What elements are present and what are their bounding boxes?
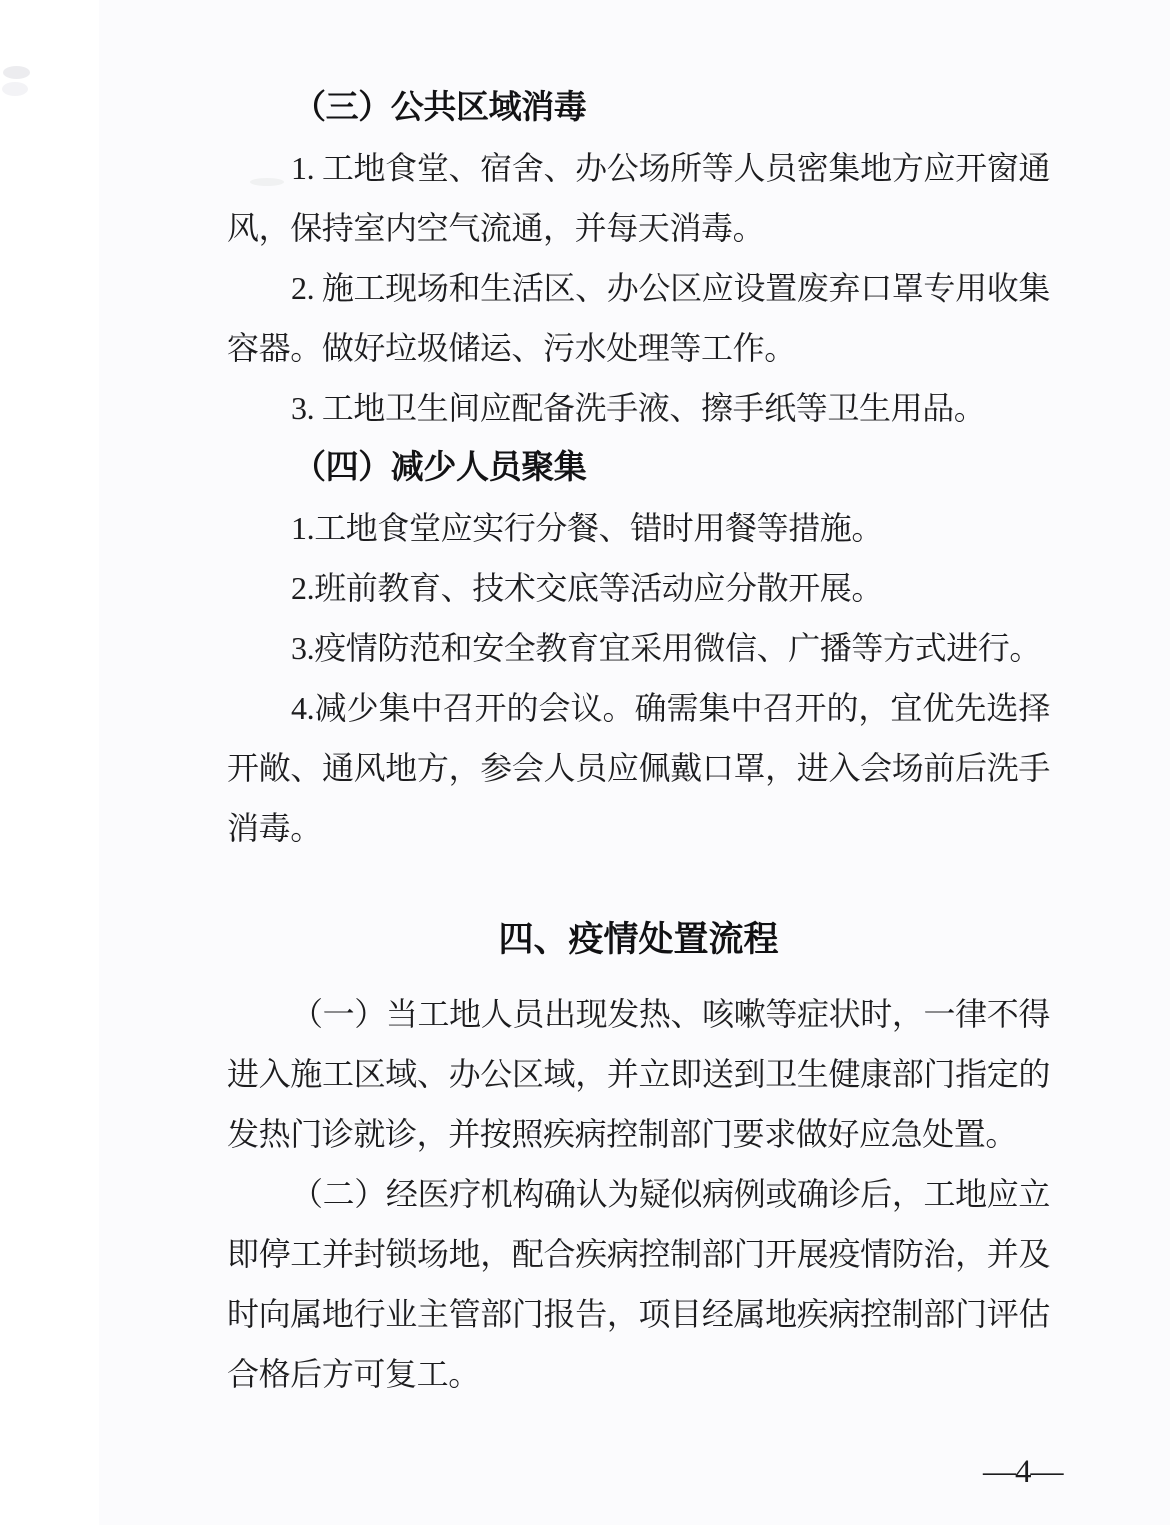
text-line: 3. 工地卫生间应配备洗手液、擦手纸等卫生用品。 xyxy=(227,378,1050,438)
text-line: 2.班前教育、技术交底等活动应分散开展。 xyxy=(227,558,1050,618)
scan-edge-strip xyxy=(0,0,99,1525)
section-heading-4: （四）减少人员聚集 xyxy=(227,438,1050,498)
chapter-heading: 四、疫情处置流程 xyxy=(227,910,1050,970)
text-line: 发热门诊就诊，并按照疾病控制部门要求做好应急处置。 xyxy=(227,1104,1050,1164)
text-line: 4.减少集中召开的会议。确需集中召开的，宜优先选择 xyxy=(227,678,1050,738)
text-line: 时向属地行业主管部门报告，项目经属地疾病控制部门评估 xyxy=(227,1284,1050,1344)
text-line: 3.疫情防范和安全教育宜采用微信、广播等方式进行。 xyxy=(227,618,1050,678)
text-line: 风，保持室内空气流通，并每天消毒。 xyxy=(227,198,1050,258)
text-line: 合格后方可复工。 xyxy=(227,1344,1050,1404)
text-line: 进入施工区域、办公区域，并立即送到卫生健康部门指定的 xyxy=(227,1044,1050,1104)
text-line: 开敞、通风地方，参会人员应佩戴口罩，进入会场前后洗手 xyxy=(227,738,1050,798)
text-line: 即停工并封锁场地，配合疾病控制部门开展疫情防治，并及 xyxy=(227,1224,1050,1284)
scanned-document-page: （三）公共区域消毒 1. 工地食堂、宿舍、办公场所等人员密集地方应开窗通 风，保… xyxy=(0,0,1170,1525)
scan-smudge xyxy=(3,66,30,79)
text-line: 1. 工地食堂、宿舍、办公场所等人员密集地方应开窗通 xyxy=(227,138,1050,198)
text-line: （二）经医疗机构确认为疑似病例或确诊后，工地应立 xyxy=(227,1164,1050,1224)
text-line: 2. 施工现场和生活区、办公区应设置废弃口罩专用收集 xyxy=(227,258,1050,318)
document-text-block: （三）公共区域消毒 1. 工地食堂、宿舍、办公场所等人员密集地方应开窗通 风，保… xyxy=(227,78,1050,1404)
text-line: （一）当工地人员出现发热、咳嗽等症状时，一律不得 xyxy=(227,984,1050,1044)
scan-smudge xyxy=(2,82,28,96)
text-line: 消毒。 xyxy=(227,798,1050,858)
page-number: —4— xyxy=(983,1452,1063,1492)
text-line: 1.工地食堂应实行分餐、错时用餐等措施。 xyxy=(227,498,1050,558)
section-heading-3: （三）公共区域消毒 xyxy=(227,78,1050,138)
text-line: 容器。做好垃圾储运、污水处理等工作。 xyxy=(227,318,1050,378)
